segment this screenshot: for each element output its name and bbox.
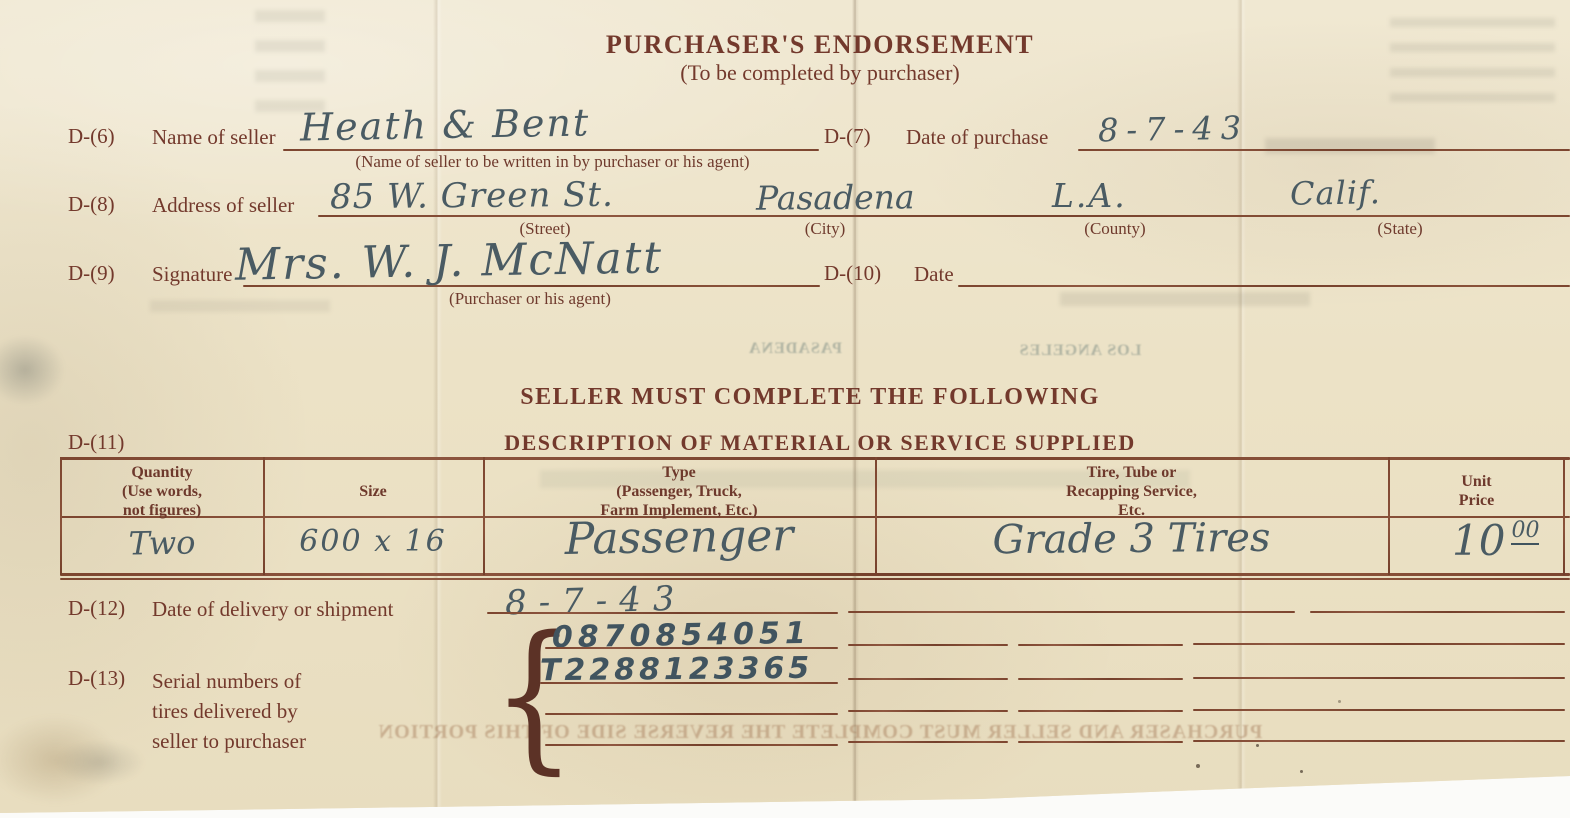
d13-label: Serial numbers of tires delivered by sel… — [152, 666, 306, 756]
d6-label: Name of seller — [152, 125, 276, 150]
ink-speck — [1256, 744, 1259, 747]
blank-line — [848, 644, 1008, 646]
col-header-quantity: Quantity (Use words, not figures) — [62, 463, 262, 520]
d6-caption: (Name of seller to be written in by purc… — [285, 152, 820, 172]
col-header-unit-price: Unit Price — [1390, 472, 1563, 510]
ink-speck — [1196, 764, 1200, 768]
bleedthrough-footer-text: PURCHASER AND SELLER MUST COMPLETE THE R… — [295, 721, 1345, 744]
blank-line — [545, 744, 838, 746]
blank-line — [545, 713, 838, 715]
d7-label: Date of purchase — [906, 125, 1048, 150]
row-size-handwriting: 600 x 16 — [265, 524, 481, 559]
smudge — [0, 715, 120, 805]
d8-county-caption: (County) — [1035, 219, 1195, 239]
scanned-form-paper: PASADENA LOS ANGELES PURCHASER AND SELLE… — [0, 0, 1570, 818]
smudge — [55, 740, 145, 785]
d7-id: D-(7) — [824, 124, 871, 149]
blank-line — [1018, 678, 1183, 680]
bleedthrough-blob — [150, 300, 330, 312]
d9-signature-handwriting: Mrs. W. J. McNatt — [235, 232, 664, 290]
row-service-handwriting: Grade 3 Tires — [877, 514, 1386, 564]
form-subtitle: (To be completed by purchaser) — [500, 60, 1140, 86]
bleedthrough-blob — [1390, 18, 1555, 118]
d9-label: Signature — [152, 262, 232, 287]
d11-heading: DESCRIPTION OF MATERIAL OR SERVICE SUPPL… — [450, 430, 1190, 456]
d8-label: Address of seller — [152, 193, 294, 218]
d10-id: D-(10) — [824, 261, 881, 286]
unit-price-cents: 00 — [1511, 518, 1539, 545]
bleedthrough-county-text: LOS ANGELES — [1000, 342, 1160, 360]
blank-line — [848, 678, 1008, 680]
blank-line — [848, 611, 1295, 613]
blank-line — [1018, 644, 1183, 646]
d8-id: D-(8) — [68, 192, 115, 217]
blank-line — [1310, 611, 1565, 613]
ink-speck — [1300, 770, 1303, 773]
smudge — [0, 335, 65, 405]
blank-line — [1193, 709, 1565, 711]
d7-value-handwriting: 8-7-43 — [1098, 109, 1250, 150]
blank-line — [848, 741, 1008, 743]
table-top-border — [60, 457, 1570, 460]
d7-underline — [1078, 149, 1570, 151]
ink-speck — [1338, 700, 1341, 703]
d8-city-caption: (City) — [750, 219, 900, 239]
d11-id: D-(11) — [68, 430, 124, 455]
d8-county-handwriting: L.A. — [1052, 176, 1127, 215]
d8-state-handwriting: Calif. — [1290, 173, 1382, 213]
serial-underline-1 — [545, 647, 838, 649]
form-title: PURCHASER'S ENDORSEMENT — [500, 30, 1140, 60]
d10-label: Date — [914, 262, 954, 287]
d6-underline — [283, 149, 819, 151]
d12-label: Date of delivery or shipment — [152, 597, 393, 622]
blank-line — [1018, 710, 1183, 712]
d8-state-caption: (State) — [1325, 219, 1475, 239]
bleedthrough-blob — [1060, 292, 1310, 306]
blank-line — [1193, 740, 1565, 742]
table-bottom-border-2 — [60, 578, 1570, 580]
blank-line — [1193, 677, 1565, 679]
d13-id: D-(13) — [68, 666, 125, 691]
blank-line — [1193, 643, 1565, 645]
row-type-handwriting: Passenger — [485, 509, 874, 567]
d10-underline — [958, 285, 1570, 287]
bleedthrough-blob — [255, 10, 325, 120]
blank-line — [1018, 741, 1183, 743]
table-vline — [1563, 457, 1565, 575]
d6-value-handwriting: Heath & Bent — [300, 100, 591, 149]
blank-line — [848, 710, 1008, 712]
d9-caption: (Purchaser or his agent) — [330, 289, 730, 309]
col-header-size: Size — [265, 482, 481, 501]
serial-number-1: 0870854051 — [552, 616, 811, 656]
row-quantity-handwriting: Two — [62, 522, 263, 563]
table-bottom-border — [60, 573, 1570, 576]
row-unit-price-handwriting: 1000 — [1452, 516, 1539, 565]
serial-underline-2 — [540, 682, 838, 684]
seller-section-heading: SELLER MUST COMPLETE THE FOLLOWING — [420, 384, 1200, 411]
bleedthrough-city-text: PASADENA — [730, 340, 860, 358]
d12-id: D-(12) — [68, 596, 125, 621]
d8-city-handwriting: Pasadena — [756, 177, 915, 217]
unit-price-dollars: 10 — [1452, 516, 1505, 565]
d8-street-handwriting: 85 W. Green St. — [330, 175, 614, 217]
d9-id: D-(9) — [68, 261, 115, 286]
col-header-service: Tire, Tube or Recapping Service, Etc. — [877, 463, 1386, 520]
d6-id: D-(6) — [68, 124, 115, 149]
bleedthrough-blob — [1265, 138, 1435, 154]
